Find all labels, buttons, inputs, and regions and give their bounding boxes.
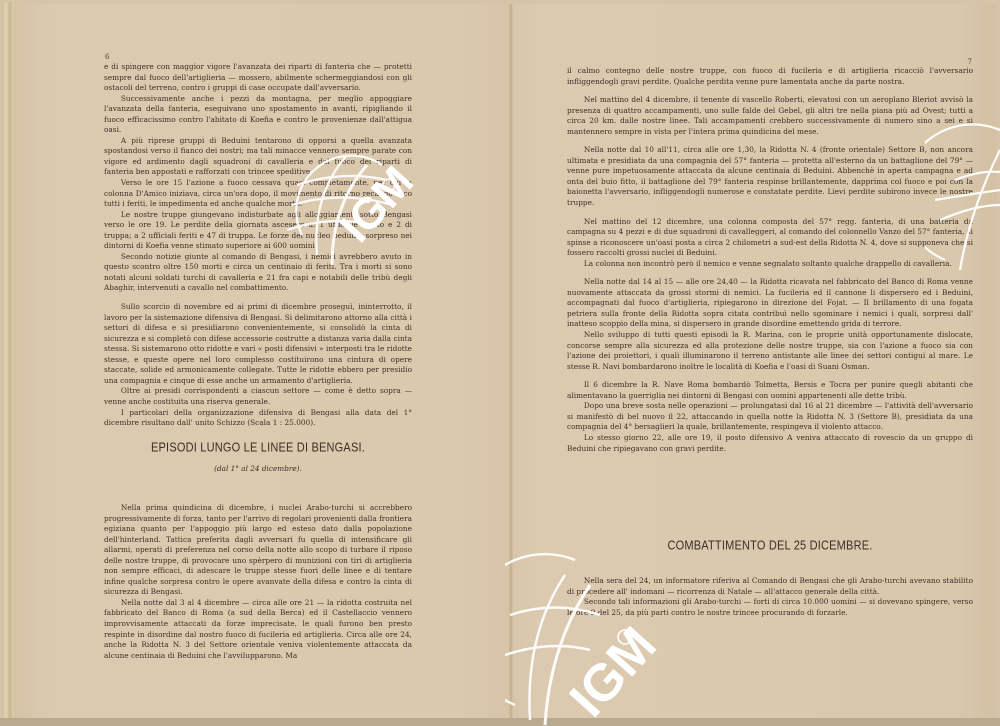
paragraph: Dopo una breve sosta nelle operazioni — … xyxy=(567,401,973,433)
paragraph: La colonna non incontrò però il nemico e… xyxy=(567,259,973,270)
paragraph: A più riprese gruppi di Beduini tentaron… xyxy=(104,136,412,178)
section-subheading-dates: (dal 1° al 24 dicembre). xyxy=(104,464,412,473)
right-page-number: 7 xyxy=(577,58,972,66)
paragraph: I particolari della organizzazione difen… xyxy=(104,408,412,429)
paragraph: Successivamente anche i pezzi da montagn… xyxy=(104,94,412,136)
paragraph: Nella notte dal 10 all'11, circa alle or… xyxy=(567,145,973,208)
right-page-bottom-text: Nella sera del 24, un informatore riferi… xyxy=(567,576,973,618)
paragraph: il calmo contegno delle nostre truppe, c… xyxy=(567,66,973,87)
left-page-top-text: e di spingere con maggior vigore l'avanz… xyxy=(104,62,412,429)
paragraph: Il 6 dicembre la R. Nave Roma bombardò T… xyxy=(567,380,973,401)
paragraph: Sullo scorcio di novembre ed ai primi di… xyxy=(104,302,412,386)
paragraph: Nella notte dal 14 al 15 — alle ore 24,4… xyxy=(567,277,973,330)
left-page-number: 6 xyxy=(105,53,109,61)
paragraph: Nel mattino del 4 dicembre, il tenente d… xyxy=(567,95,973,137)
paragraph: Lo stesso giorno 22, alle ore 19, il pos… xyxy=(567,433,973,454)
paragraph: Le nostre truppe giungevano indisturbate… xyxy=(104,210,412,252)
paragraph: Secondo tali informazioni gli Arabo-turc… xyxy=(567,597,973,618)
paragraph: Nella prima quindicina di dicembre, i nu… xyxy=(104,503,412,598)
section-heading-episodi: EPISODI LUNGO LE LINEE DI BENGASI. xyxy=(104,441,412,455)
paragraph: Verso le ore 15 l'azione a fuoco cessava… xyxy=(104,178,412,210)
bottom-shadow xyxy=(0,718,1000,726)
left-page-bottom-text: Nella prima quindicina di dicembre, i nu… xyxy=(104,503,412,661)
scanned-book-spread: 6 e di spingere con maggior vigore l'ava… xyxy=(0,0,1000,726)
right-page-top-text: il calmo contegno delle nostre truppe, c… xyxy=(567,66,973,454)
paragraph: Nella sera del 24, un informatore riferi… xyxy=(567,576,973,597)
book-spine xyxy=(509,4,513,720)
paragraph: e di spingere con maggior vigore l'avanz… xyxy=(104,62,412,94)
paragraph: Secondo notizie giunte al comando di Ben… xyxy=(104,252,412,294)
paragraph: Nel mattino del 12 dicembre, una colonna… xyxy=(567,217,973,259)
section-heading-combattimento: COMBATTIMENTO DEL 25 DICEMBRE. xyxy=(567,539,973,553)
paragraph: Nella notte dal 3 al 4 dicembre — circa … xyxy=(104,598,412,661)
paragraph: Oltre ai presidi corrispondenti a ciascu… xyxy=(104,386,412,407)
paragraph: Nello sviluppo di tutti questi episodi l… xyxy=(567,330,973,372)
